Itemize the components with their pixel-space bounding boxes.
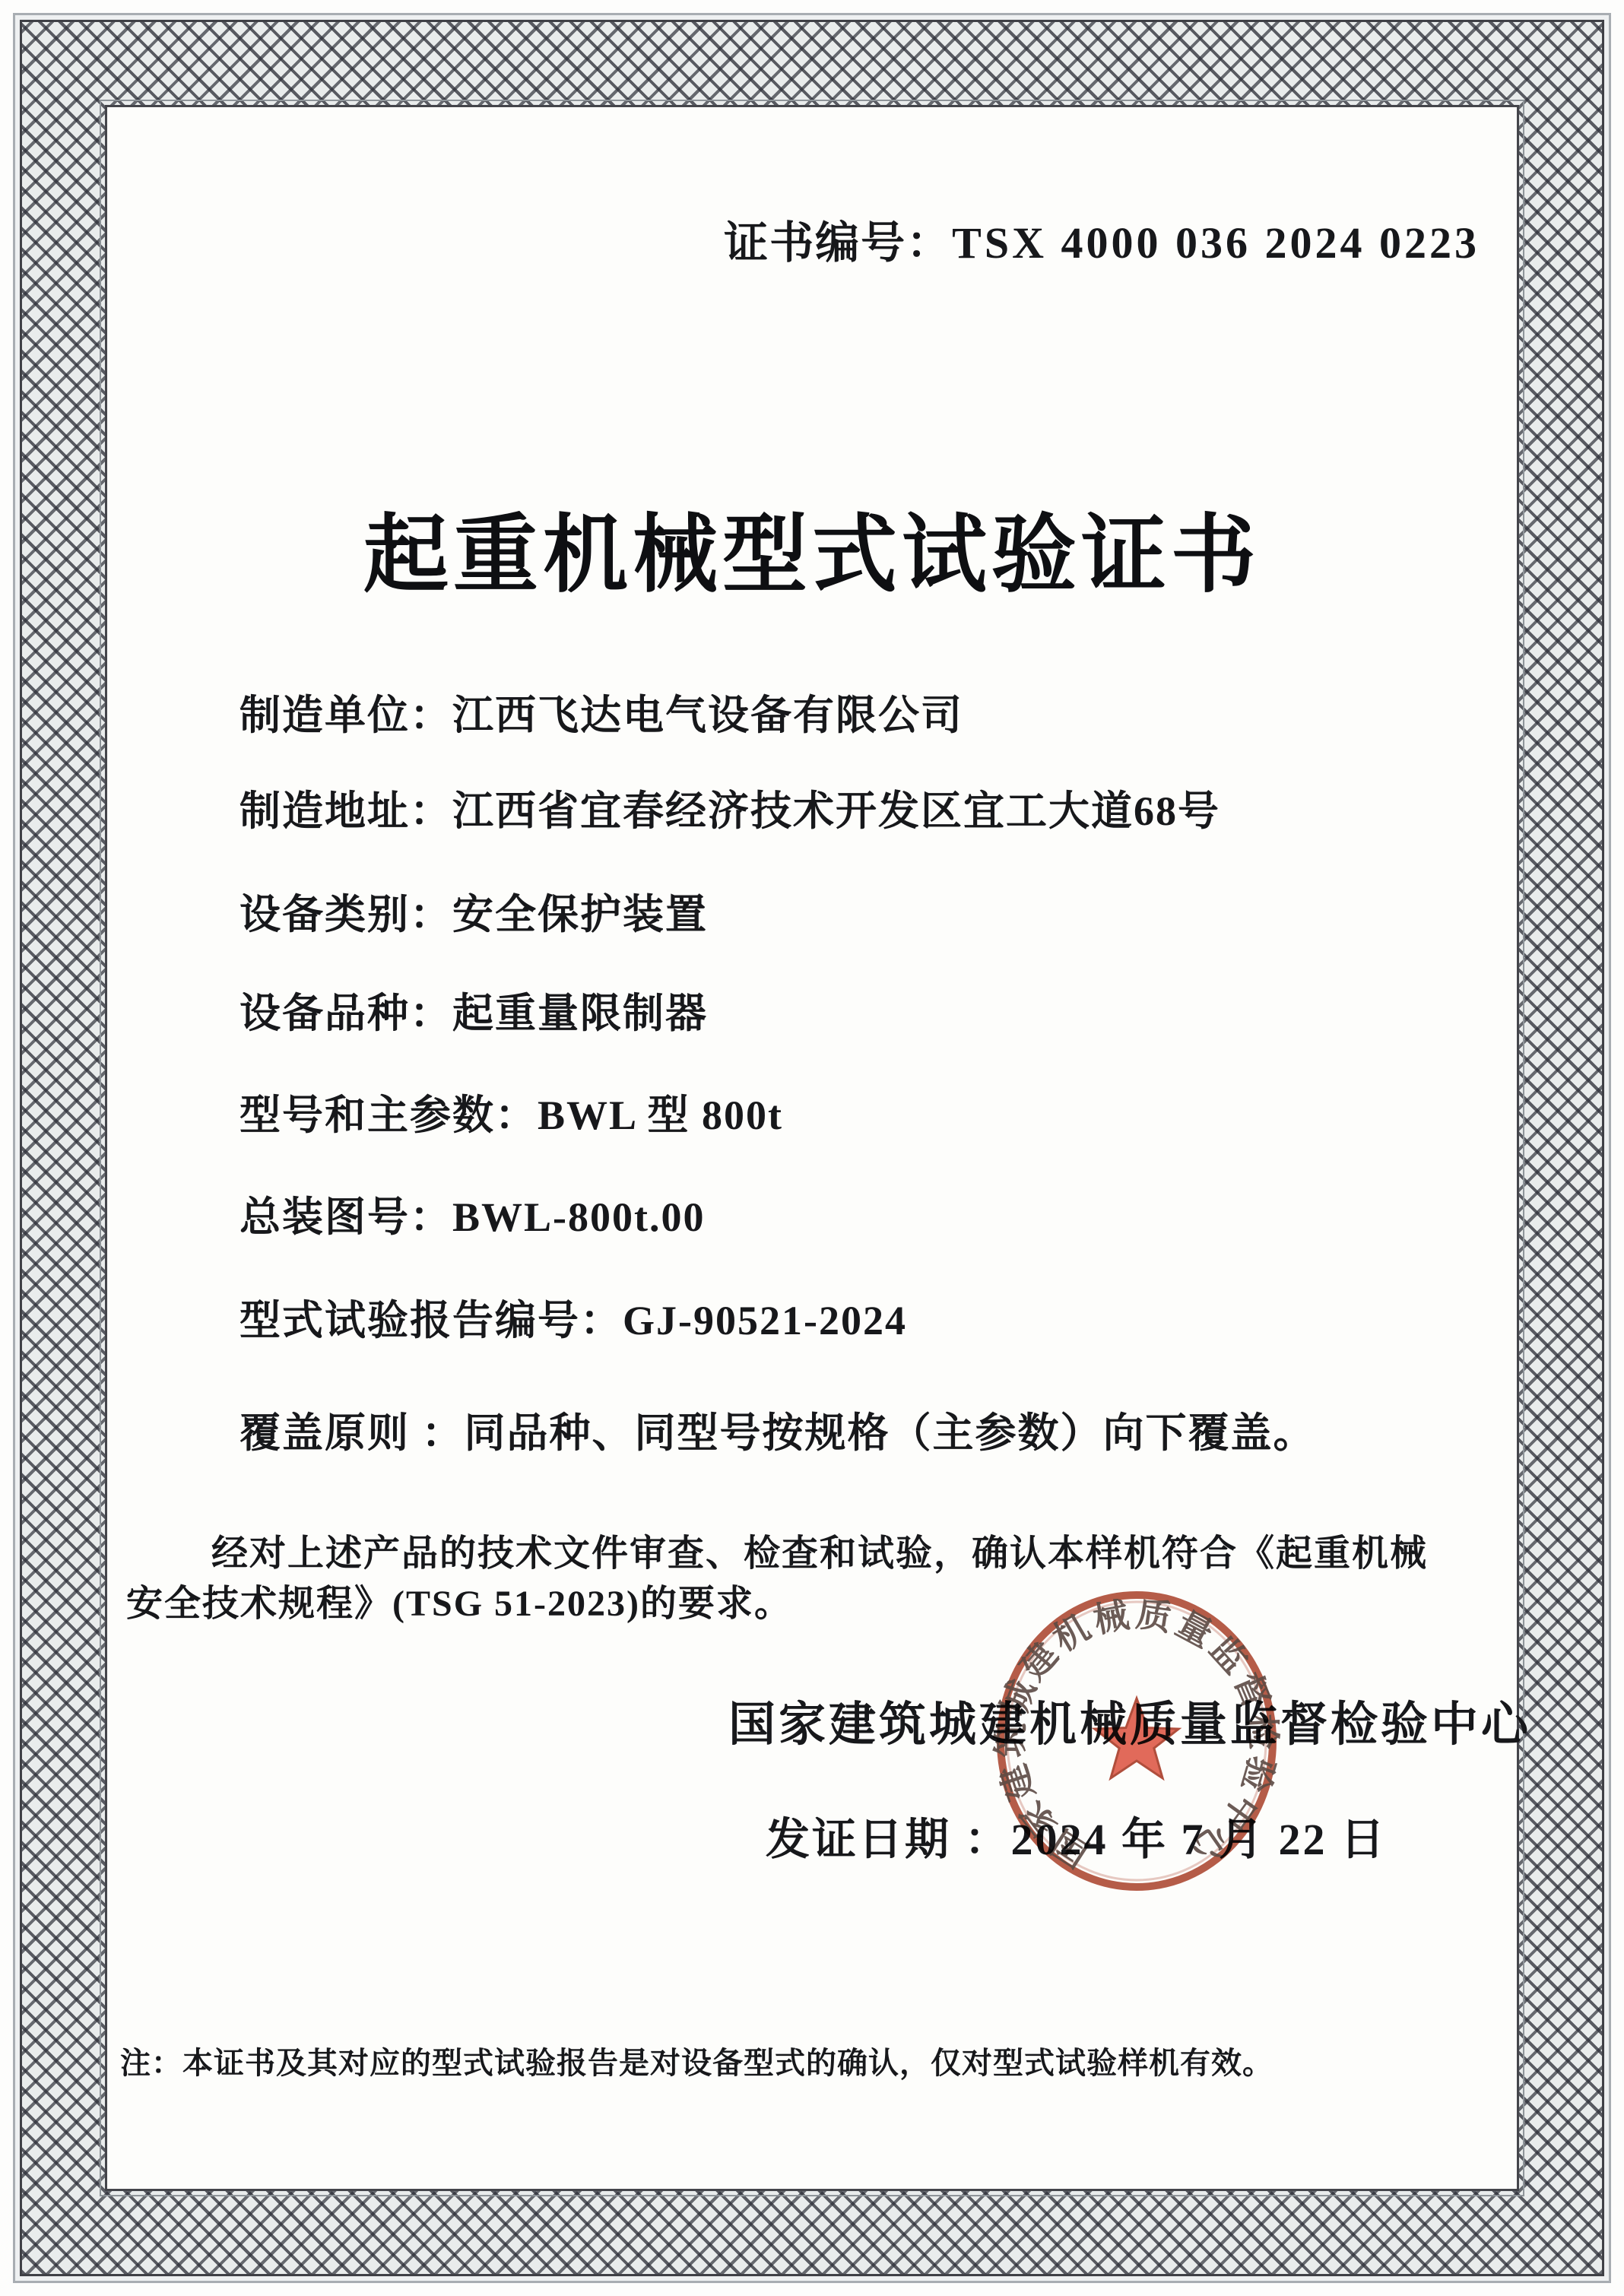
red-round-seal: 国家建筑城建机械质量监督检验中心 — [977, 1581, 1296, 1901]
field-value: 同品种、同型号按规格（主参数）向下覆盖。 — [465, 1410, 1316, 1456]
field-value: GJ-90521-2024 — [623, 1298, 907, 1343]
certificate-title: 起重机械型式试验证书 — [0, 487, 1624, 609]
field-value: BWL 型 800t — [538, 1093, 783, 1138]
field-label: 设备类别： — [239, 892, 452, 937]
certificate-inner-area — [105, 105, 1519, 2191]
field-assembly-drawing-no: 总装图号：BWL-800t.00 — [239, 1184, 706, 1243]
field-manufacture-address: 制造地址：江西省宜春经济技术开发区宜工大道68号 — [239, 779, 1220, 837]
field-label: 设备品种： — [239, 991, 452, 1036]
field-value: 安全保护装置 — [452, 892, 708, 937]
field-equipment-category: 设备类别：安全保护装置 — [239, 882, 708, 940]
certificate-number-value: TSX 4000 036 2024 0223 — [952, 218, 1480, 268]
conformity-statement-line2: 安全技术规程》(TSG 51-2023)的要求。 — [126, 1574, 792, 1626]
conformity-statement-line1: 经对上述产品的技术文件审查、检查和试验，确认本样机符合《起重机械 — [211, 1524, 1428, 1576]
field-coverage-principle: 覆盖原则 ：同品种、同型号按规格（主参数）向下覆盖。 — [239, 1400, 1316, 1459]
certificate-page: 证书编号：TSX 4000 036 2024 0223 起重机械型式试验证书 制… — [0, 0, 1624, 2296]
field-value: 起重量限制器 — [452, 991, 708, 1036]
field-equipment-variety: 设备品种：起重量限制器 — [239, 981, 708, 1039]
seal-star-icon — [1095, 1698, 1178, 1778]
field-label: 型式试验报告编号： — [239, 1298, 623, 1343]
certificate-number-line: 证书编号：TSX 4000 036 2024 0223 — [724, 207, 1480, 271]
field-model-parameters: 型号和主参数：BWL 型 800t — [239, 1083, 783, 1141]
issue-date-label: 发证日期 ： — [766, 1815, 1011, 1864]
certificate-number-label: 证书编号： — [724, 218, 952, 268]
field-label: 制造单位： — [239, 693, 452, 738]
field-label: 总装图号： — [239, 1194, 452, 1240]
footer-note: 注：本证书及其对应的型式试验报告是对设备型式的确认，仅对型式试验样机有效。 — [120, 2039, 1274, 2082]
field-test-report-no: 型式试验报告编号：GJ-90521-2024 — [239, 1288, 907, 1346]
field-label: 覆盖原则 ： — [239, 1410, 465, 1456]
field-value: BWL-800t.00 — [452, 1194, 706, 1240]
field-label: 制造地址： — [239, 788, 452, 834]
field-manufacturer: 制造单位：江西飞达电气设备有限公司 — [239, 683, 963, 741]
field-value: 江西省宜春经济技术开发区宜工大道68号 — [452, 788, 1220, 834]
field-value: 江西飞达电气设备有限公司 — [452, 693, 963, 738]
field-label: 型号和主参数： — [239, 1093, 538, 1138]
